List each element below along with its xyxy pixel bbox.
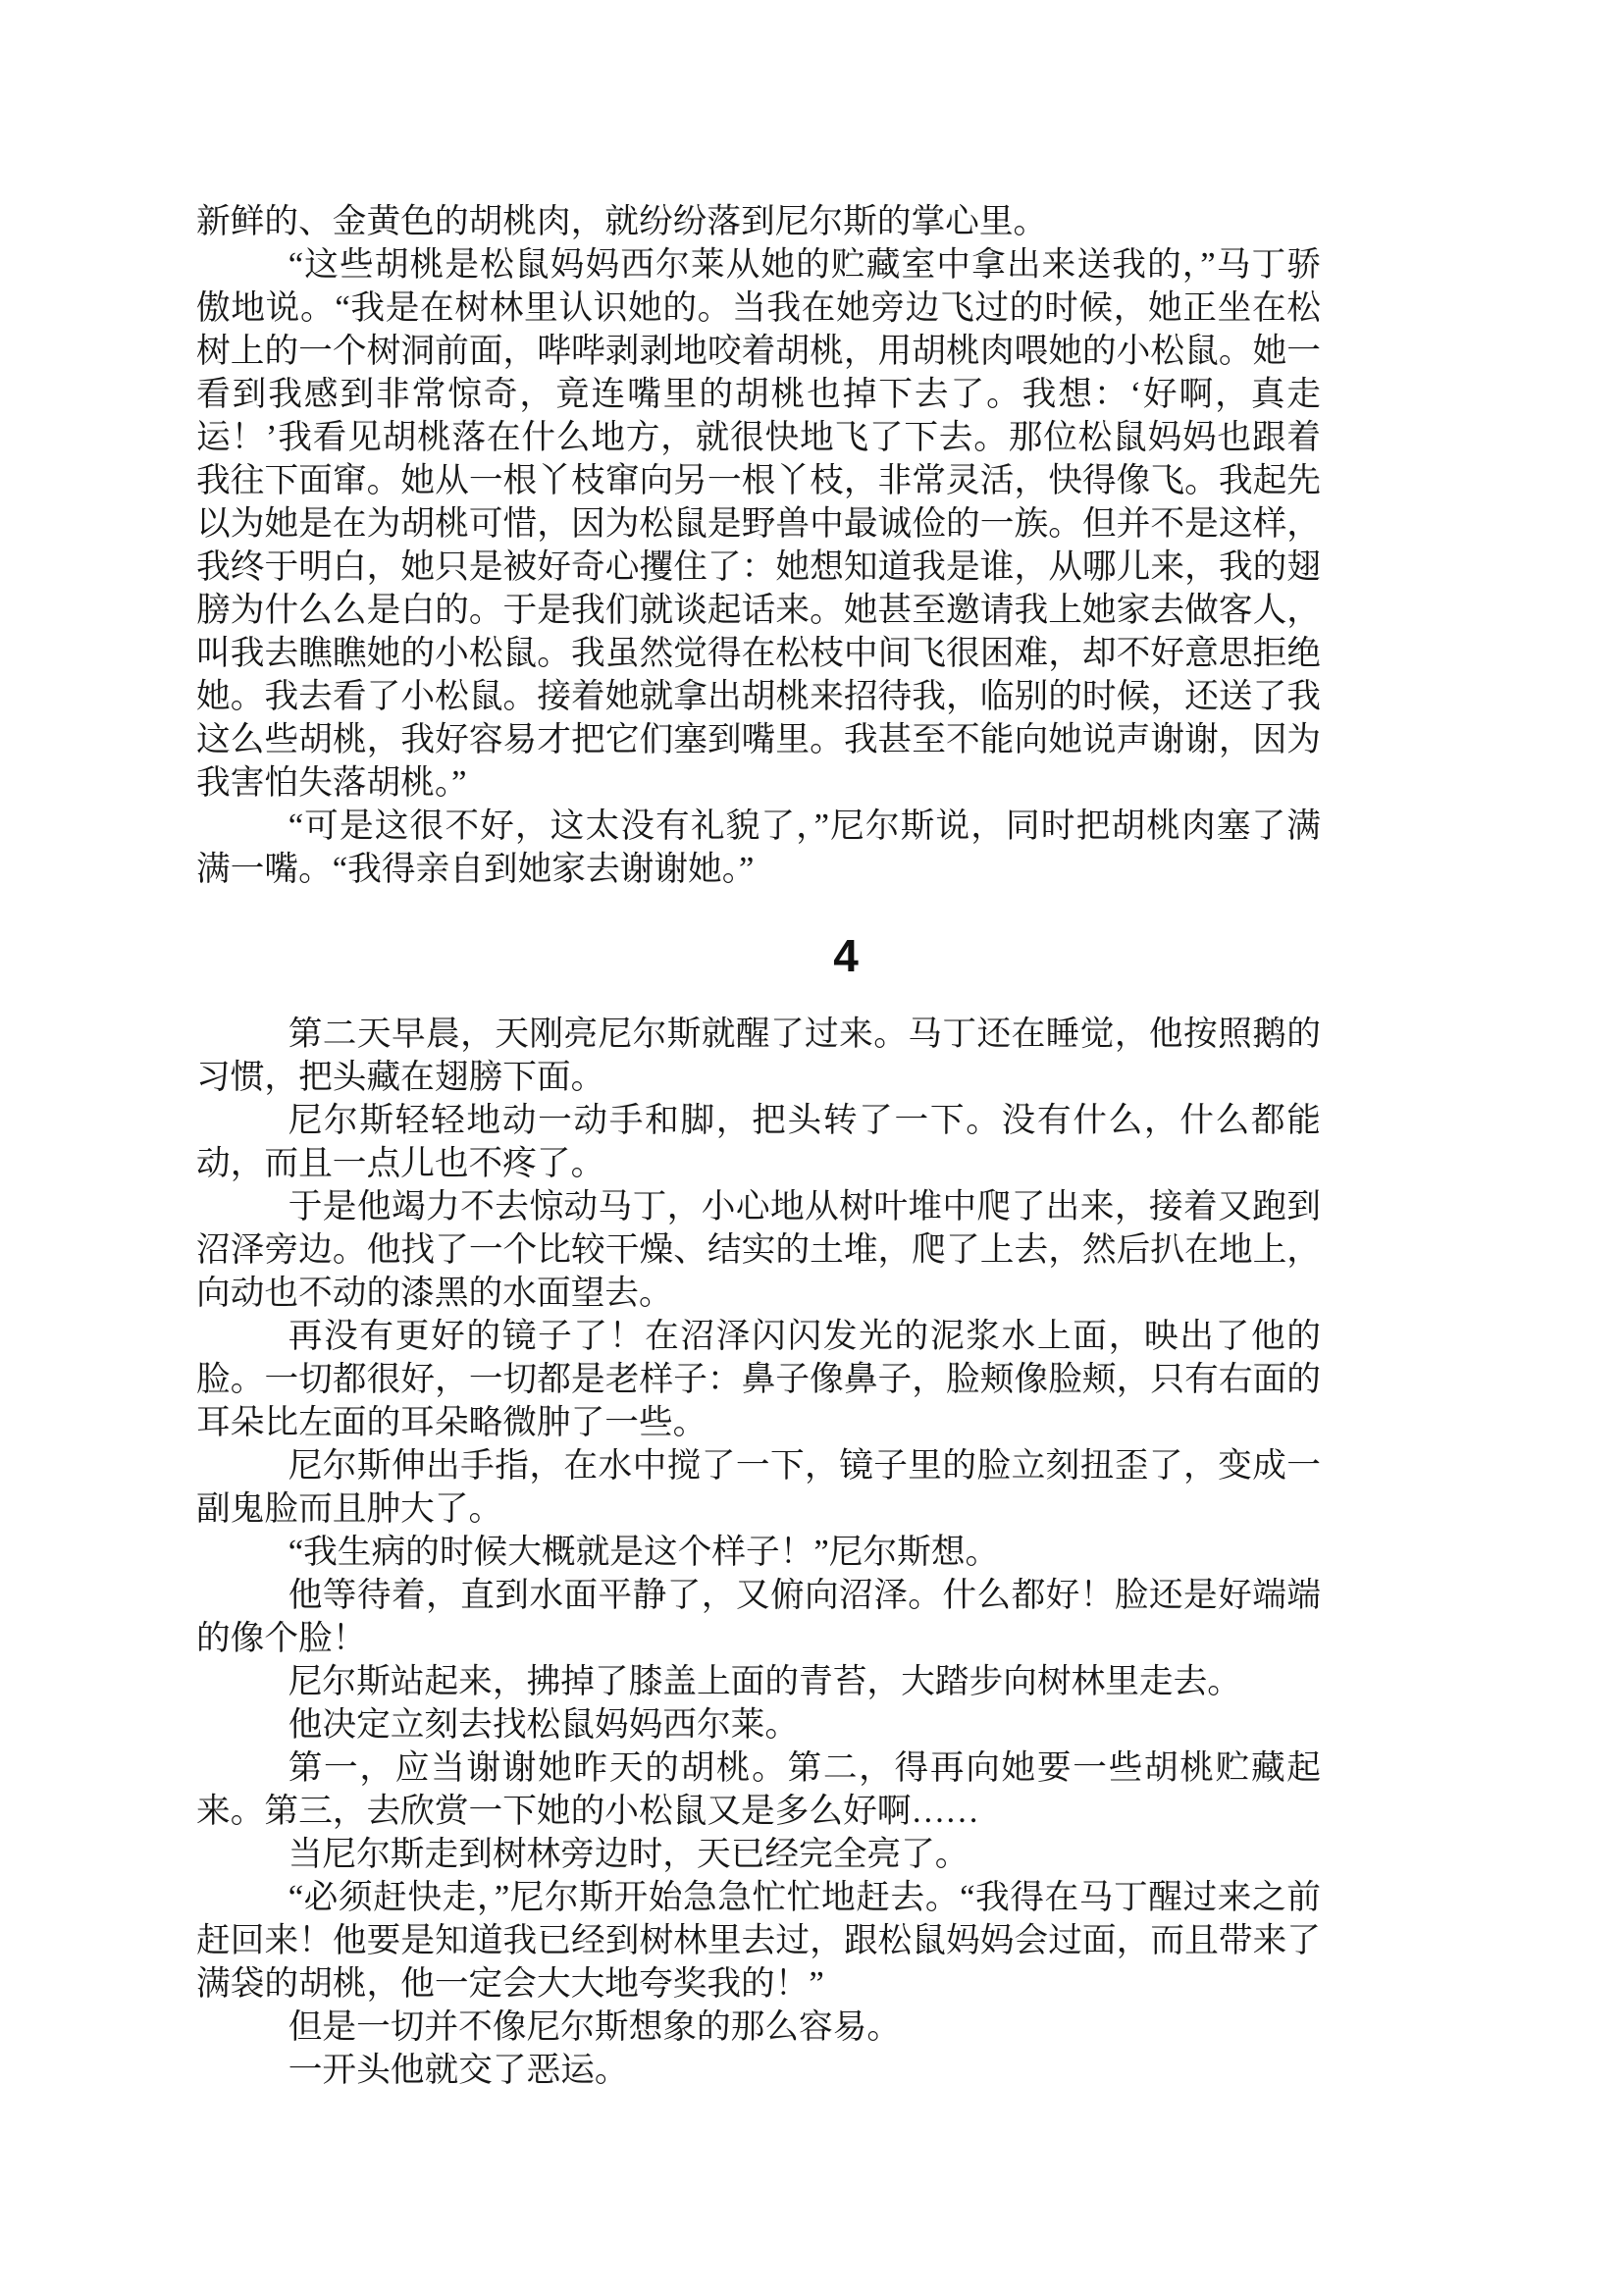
paragraph: 尼尔斯伸出手指，在水中搅了一下，镜子里的脸立刻扭歪了，变成一副鬼脸而且肿大了。 [196, 1444, 1321, 1531]
paragraph: 他决定立刻去找松鼠妈妈西尔莱。 [196, 1703, 1321, 1747]
paragraph: 尼尔斯轻轻地动一动手和脚，把头转了一下。没有什么，什么都能动，而且一点儿也不疼了… [196, 1099, 1321, 1185]
paragraph: “可是这很不好，这太没有礼貌了，”尼尔斯说，同时把胡桃肉塞了满满一嘴。“我得亲自… [196, 805, 1321, 891]
paragraph-continuation: 新鲜的、金黄色的胡桃肉，就纷纷落到尼尔斯的掌心里。 [196, 200, 1321, 243]
paragraph: 一开头他就交了恶运。 [196, 2049, 1321, 2092]
text-block: 新鲜的、金黄色的胡桃肉，就纷纷落到尼尔斯的掌心里。 “这些胡桃是松鼠妈妈西尔莱从… [196, 200, 1321, 2092]
document-page: 新鲜的、金黄色的胡桃肉，就纷纷落到尼尔斯的掌心里。 “这些胡桃是松鼠妈妈西尔莱从… [0, 0, 1624, 2294]
paragraph: 但是一切并不像尼尔斯想象的那么容易。 [196, 2006, 1321, 2049]
paragraph: “我生病的时候大概就是这个样子！”尼尔斯想。 [196, 1531, 1321, 1574]
paragraph: 第一，应当谢谢她昨天的胡桃。第二，得再向她要一些胡桃贮藏起来。第三，去欣赏一下她… [196, 1747, 1321, 1833]
paragraph: 于是他竭力不去惊动马丁，小心地从树叶堆中爬了出来，接着又跑到沼泽旁边。他找了一个… [196, 1185, 1321, 1315]
paragraph: “必须赶快走，”尼尔斯开始急急忙忙地赶去。“我得在马丁醒过来之前赶回来！他要是知… [196, 1876, 1321, 2006]
paragraph: 第二天早晨，天刚亮尼尔斯就醒了过来。马丁还在睡觉，他按照鹅的习惯，把头藏在翅膀下… [196, 1013, 1321, 1099]
paragraph: 尼尔斯站起来，拂掉了膝盖上面的青苔，大踏步向树林里走去。 [196, 1660, 1321, 1703]
paragraph: 他等待着，直到水面平静了，又俯向沼泽。什么都好！脸还是好端端的像个脸！ [196, 1574, 1321, 1660]
paragraph: “这些胡桃是松鼠妈妈西尔莱从她的贮藏室中拿出来送我的，”马丁骄傲地说。“我是在树… [196, 243, 1321, 805]
paragraph: 再没有更好的镜子了！在沼泽闪闪发光的泥浆水上面，映出了他的脸。一切都很好，一切都… [196, 1315, 1321, 1444]
section-number-heading: 4 [371, 928, 1321, 983]
paragraph: 当尼尔斯走到树林旁边时，天已经完全亮了。 [196, 1833, 1321, 1876]
